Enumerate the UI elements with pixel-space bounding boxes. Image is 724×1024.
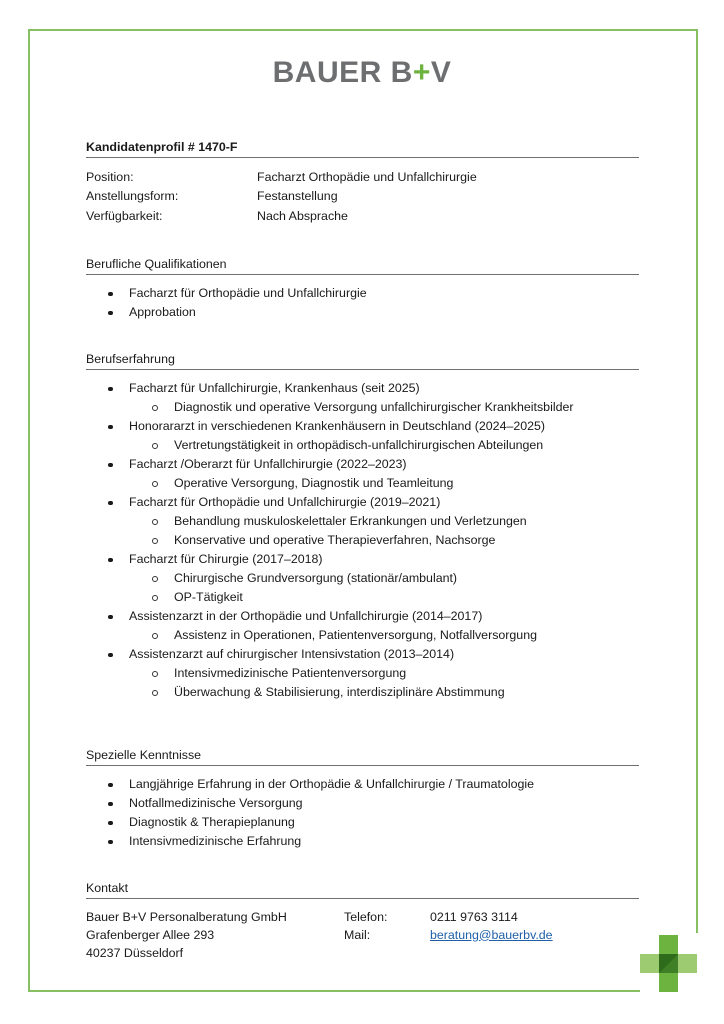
experience-detail: Assistenz in Operationen, Patientenverso… <box>86 626 639 645</box>
phone-number: 0211 9763 3114 <box>430 908 553 926</box>
experience-item: Assistenzarzt auf chirurgischer Intensiv… <box>86 645 639 664</box>
experience-detail: Vertretungstätigkeit in orthopädisch-unf… <box>86 436 639 455</box>
skills-heading: Spezielle Kenntnisse <box>86 748 639 766</box>
list-item: Langjährige Erfahrung in der Orthopädie … <box>86 775 639 794</box>
contact-city: 40237 Düsseldorf <box>86 944 344 962</box>
field-employment-type: Anstellungsform: Festanstellung <box>86 187 639 207</box>
experience-detail: Chirurgische Grundversorgung (stationär/… <box>86 569 639 588</box>
page-border-right <box>696 29 698 933</box>
mail-label: Mail: <box>344 926 430 944</box>
skills-list: Langjährige Erfahrung in der Orthopädie … <box>86 775 639 851</box>
experience-item: Facharzt für Unfallchirurgie, Krankenhau… <box>86 379 639 398</box>
list-item: Intensivmedizinische Erfahrung <box>86 832 639 851</box>
list-item: Approbation <box>86 303 639 322</box>
field-value: Festanstellung <box>257 189 338 203</box>
list-item: Facharzt für Orthopädie und Unfallchirur… <box>86 284 639 303</box>
experience-detail: Diagnostik und operative Versorgung unfa… <box>86 398 639 417</box>
contact-street: Grafenberger Allee 293 <box>86 926 344 944</box>
experience-detail: Überwachung & Stabilisierung, interdiszi… <box>86 683 639 702</box>
mail-link[interactable]: beratung@bauerbv.de <box>430 928 553 942</box>
experience-item: Honorararzt in verschiedenen Krankenhäus… <box>86 417 639 436</box>
experience-heading: Berufserfahrung <box>86 352 639 370</box>
field-label: Position: <box>86 170 257 184</box>
experience-item: Facharzt für Orthopädie und Unfallchirur… <box>86 493 639 512</box>
company-logo: BAUER B+V <box>0 56 724 90</box>
experience-item: Facharzt /Oberarzt für Unfallchirurgie (… <box>86 455 639 474</box>
field-value: Facharzt Orthopädie und Unfallchirurgie <box>257 170 477 184</box>
page-border-left <box>28 29 30 992</box>
page-border-bottom <box>28 990 640 992</box>
list-item: Notfallmedizinische Versorgung <box>86 794 639 813</box>
contact-block: Bauer B+V Personalberatung GmbH Grafenbe… <box>86 908 639 962</box>
qualifications-heading: Berufliche Qualifikationen <box>86 257 639 275</box>
field-label: Anstellungsform: <box>86 189 257 203</box>
experience-detail: Operative Versorgung, Diagnostik und Tea… <box>86 474 639 493</box>
experience-item: Assistenzarzt in der Orthopädie und Unfa… <box>86 607 639 626</box>
phone-label: Telefon: <box>344 908 430 926</box>
field-availability: Verfügbarkeit: Nach Absprache <box>86 206 639 226</box>
experience-item: Facharzt für Chirurgie (2017–2018) <box>86 550 639 569</box>
experience-detail: Behandlung muskuloskelettaler Erkrankung… <box>86 512 639 531</box>
experience-detail: Konservative und operative Therapieverfa… <box>86 531 639 550</box>
profile-document: Kandidatenprofil # 1470-F Position: Fach… <box>86 140 639 962</box>
qualifications-list: Facharzt für Orthopädie und Unfallchirur… <box>86 284 639 322</box>
profile-fields: Position: Facharzt Orthopädie und Unfall… <box>86 167 639 226</box>
experience-detail: OP-Tätigkeit <box>86 588 639 607</box>
contact-company: Bauer B+V Personalberatung GmbH <box>86 908 344 926</box>
contact-heading: Kontakt <box>86 881 639 899</box>
page-border-top <box>29 29 698 31</box>
list-item: Diagnostik & Therapieplanung <box>86 813 639 832</box>
profile-title: Kandidatenprofil # 1470-F <box>86 140 639 158</box>
experience-list: Facharzt für Unfallchirurgie, Krankenhau… <box>86 379 639 702</box>
field-position: Position: Facharzt Orthopädie und Unfall… <box>86 167 639 187</box>
experience-detail: Intensivmedizinische Patientenversorgung <box>86 664 639 683</box>
field-value: Nach Absprache <box>257 209 348 223</box>
field-label: Verfügbarkeit: <box>86 209 257 223</box>
